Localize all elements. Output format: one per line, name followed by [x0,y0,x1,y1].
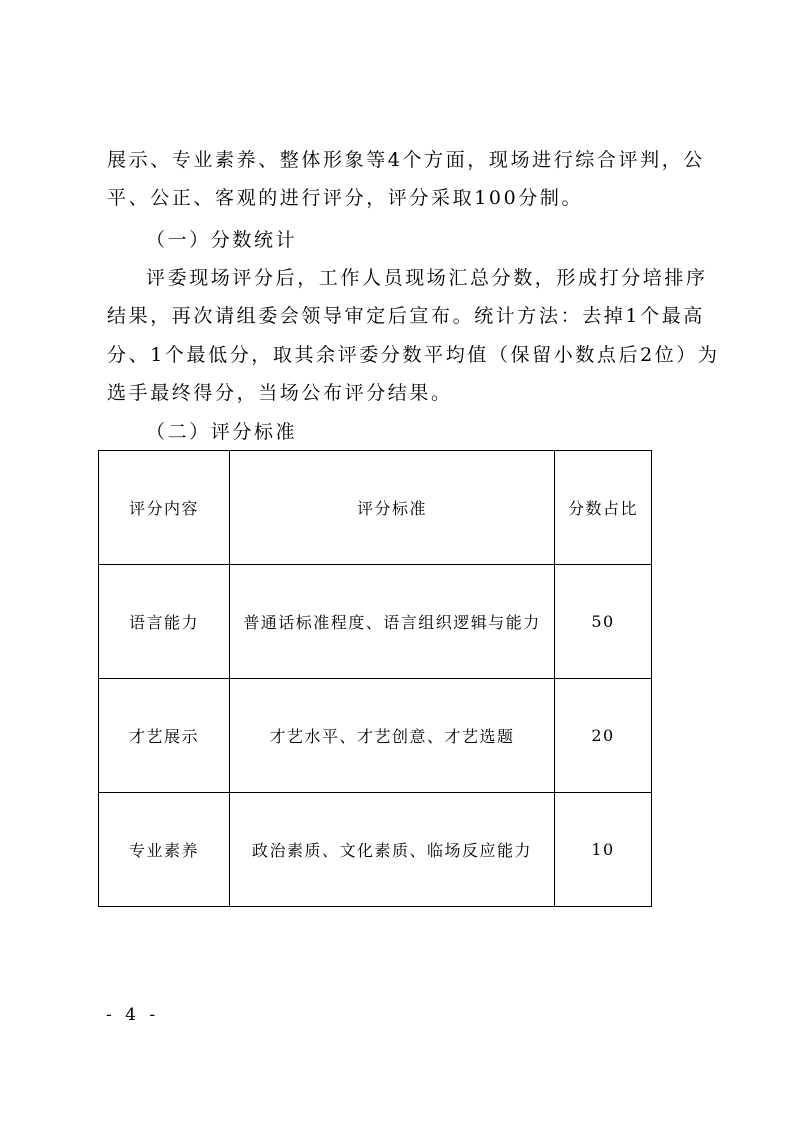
text-line: 平、公正、客观的进行评分，评分采取100分制。 [107,186,583,210]
header-cell-criteria: 评分标准 [230,451,555,565]
text-line: 分、1个最低分，取其余评委分数平均值（保留小数点后2位）为 [107,343,720,367]
cell-weight: 50 [555,565,652,679]
table-row: 语言能力 普通话标准程度、语言组织逻辑与能力 50 [99,565,652,679]
cell-content: 专业素养 [99,793,230,907]
section-heading-score-statistics: （一）分数统计 [146,228,297,252]
header-cell-weight: 分数占比 [555,451,652,565]
text-line: 选手最终得分，当场公布评分结果。 [107,381,453,405]
cell-weight: 10 [555,793,652,907]
cell-content: 才艺展示 [99,679,230,793]
scoring-criteria-table: 评分内容 评分标准 分数占比 语言能力 普通话标准程度、语言组织逻辑与能力 50… [98,450,652,907]
cell-criteria: 政治素质、文化素质、临场反应能力 [230,793,555,907]
text-line: 展示、专业素养、整体形象等4个方面，现场进行综合评判，公 [107,148,705,172]
table-header-row: 评分内容 评分标准 分数占比 [99,451,652,565]
table-row: 才艺展示 才艺水平、才艺创意、才艺选题 20 [99,679,652,793]
table-row: 专业素养 政治素质、文化素质、临场反应能力 10 [99,793,652,907]
cell-weight: 20 [555,679,652,793]
cell-content: 语言能力 [99,565,230,679]
header-cell-content: 评分内容 [99,451,230,565]
text-line: 结果，再次请组委会领导审定后宣布。统计方法：去掉1个最高 [107,304,705,328]
section-heading-scoring-criteria: （二）评分标准 [146,420,297,444]
cell-criteria: 普通话标准程度、语言组织逻辑与能力 [230,565,555,679]
page-number: - 4 - [106,1005,159,1025]
text-line: 评委现场评分后，工作人员现场汇总分数，形成打分培排序 [146,266,708,290]
cell-criteria: 才艺水平、才艺创意、才艺选题 [230,679,555,793]
